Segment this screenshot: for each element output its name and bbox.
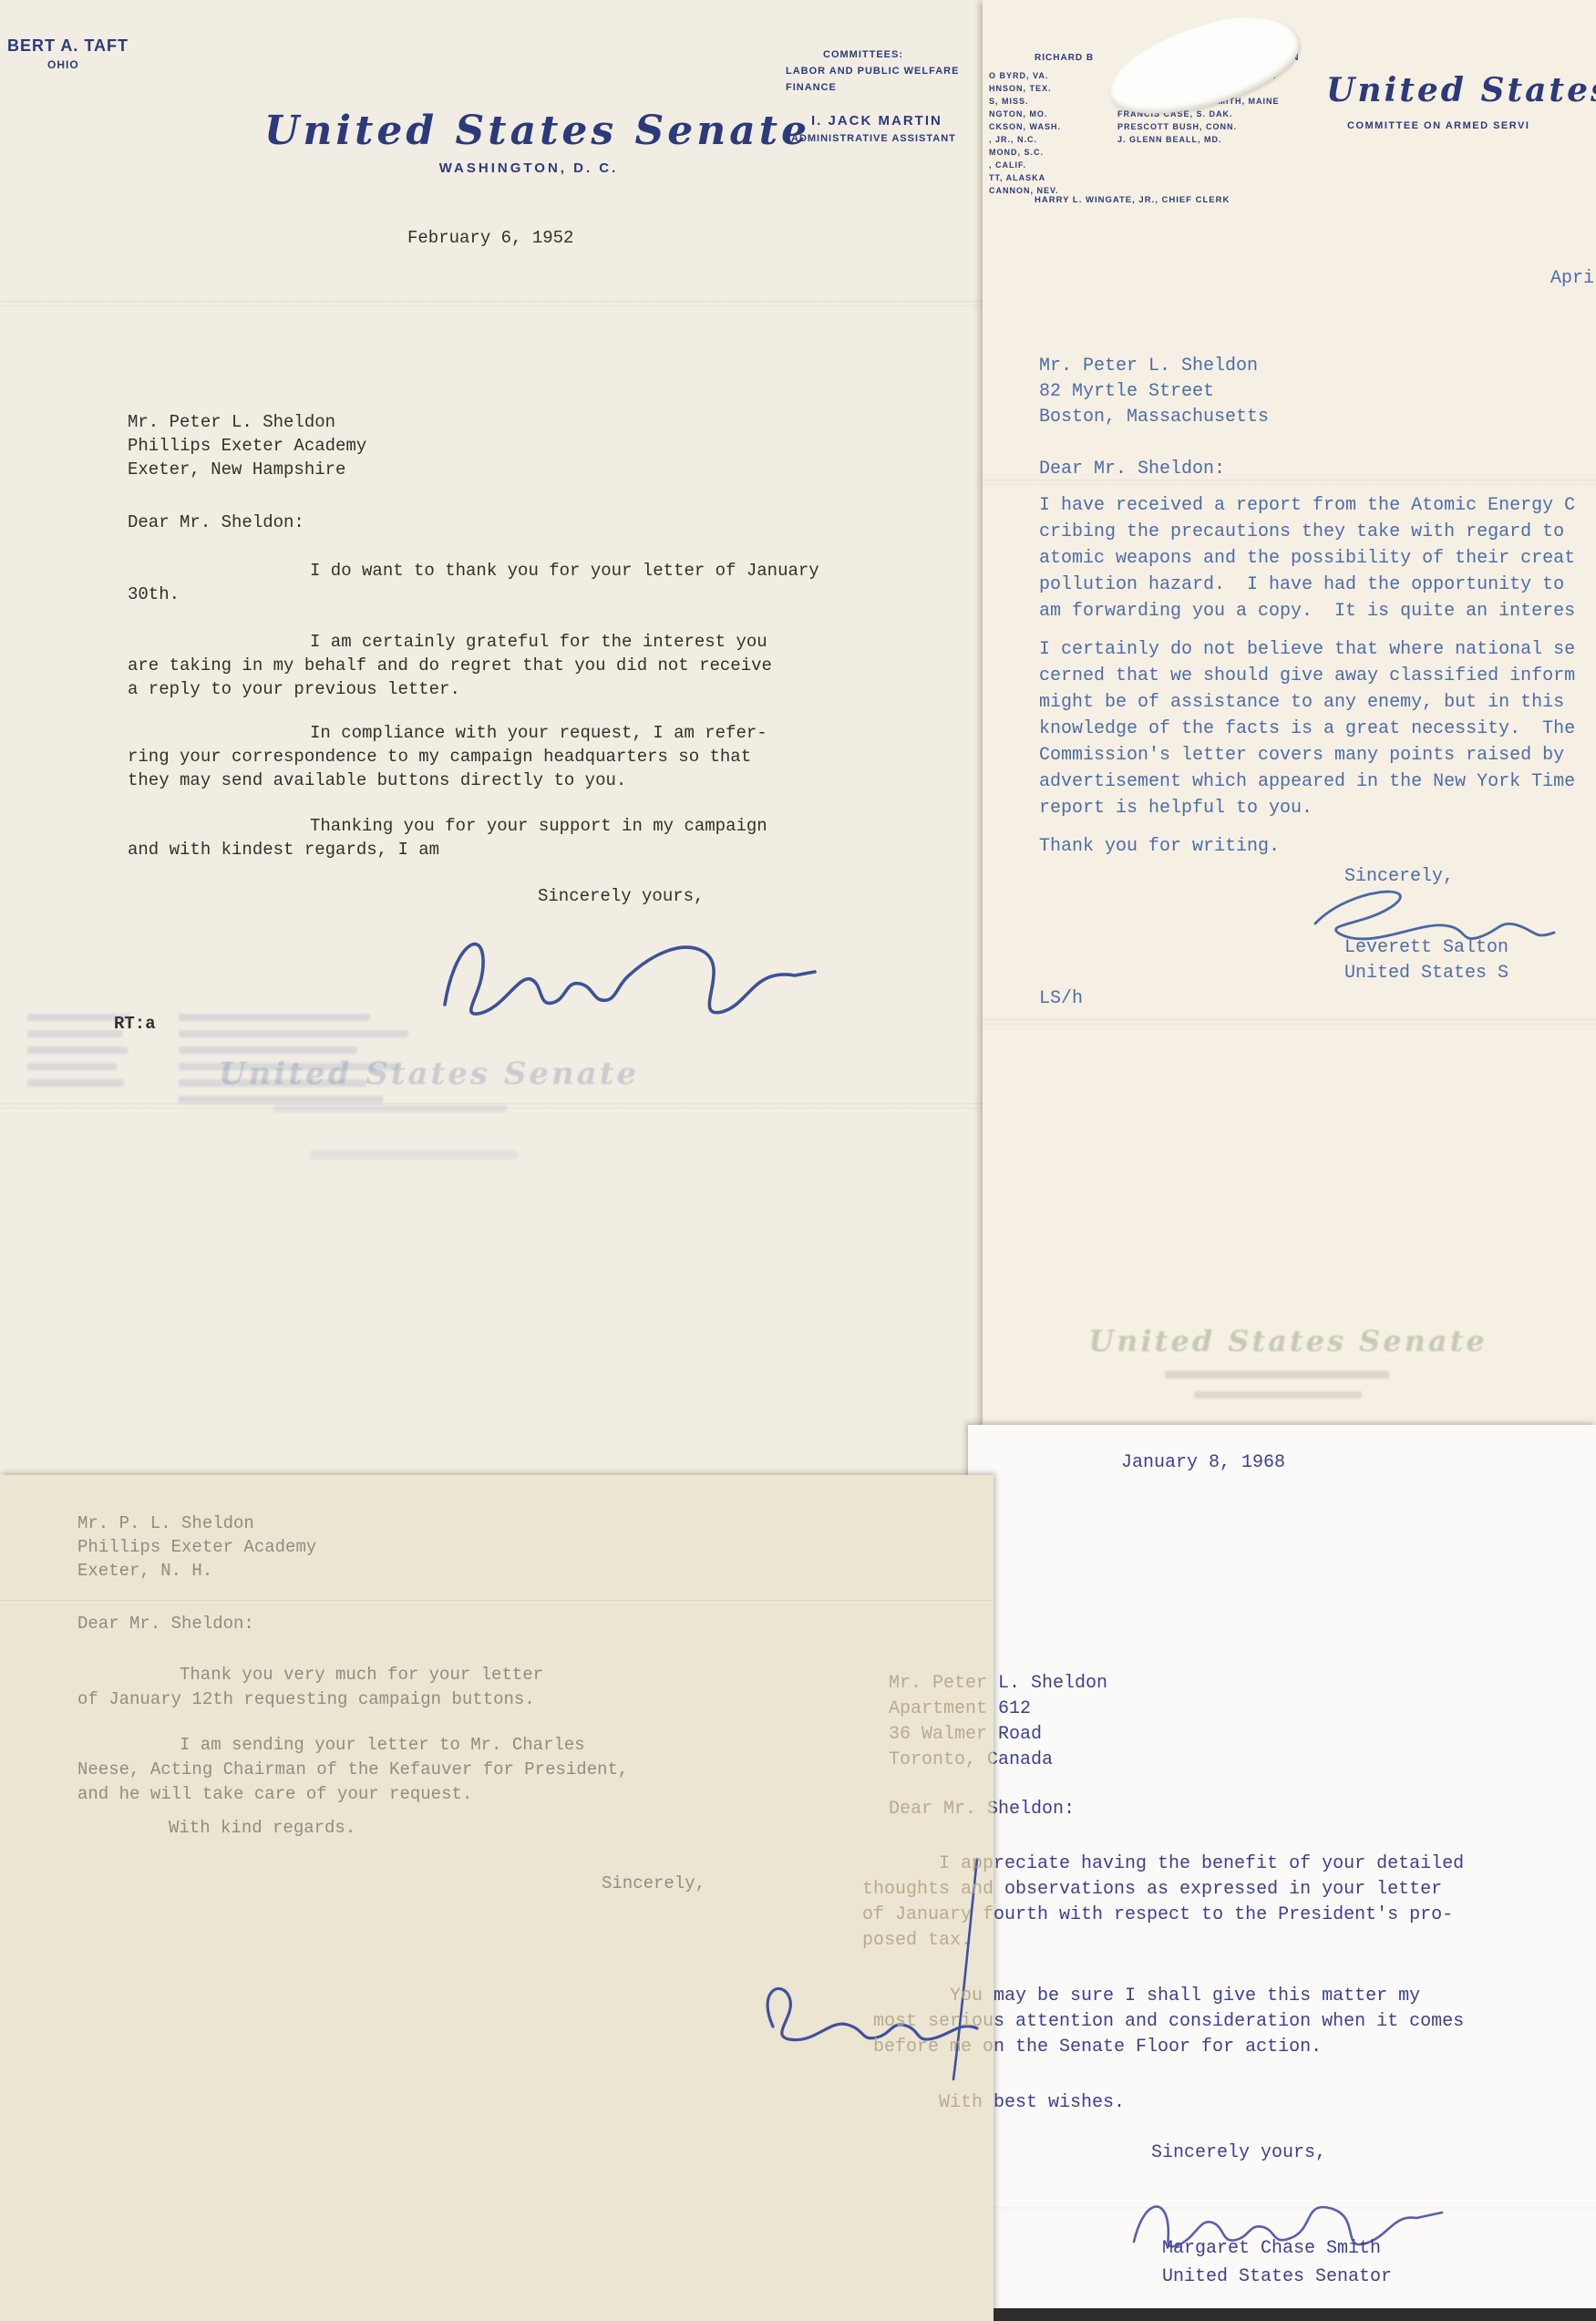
taft-address-line: Phillips Exeter Academy <box>128 436 366 456</box>
salt-body-line: knowledge of the facts is a great necess… <box>1039 718 1575 739</box>
taft-committee-2: FINANCE <box>786 82 837 93</box>
fold-crease <box>983 1019 1596 1025</box>
taft-body-line: Thanking you for your support in my camp… <box>310 816 767 836</box>
taft-body-line: and with kindest regards, I am <box>128 840 439 860</box>
smith-ghost-line: Dear Mr. Sheldon: <box>889 1799 994 1820</box>
salt-member-left: CANNON, NEV. <box>989 186 1059 195</box>
smith-body-line: most serious attention and consideration… <box>968 2011 1464 2032</box>
salt-member-left: S, MISS. <box>989 97 1029 106</box>
salt-address-line: Boston, Massachusetts <box>1039 407 1269 428</box>
salt-body-line: I certainly do not believe that where na… <box>1039 639 1575 660</box>
smith-ghost-line: Mr. Peter L. Sheldon <box>889 1673 994 1694</box>
kefauver-body-line: of January 12th requesting campaign butt… <box>77 1689 535 1709</box>
kefauver-body-line: and he will take care of your request. <box>77 1784 472 1804</box>
taft-body-line: 30th. <box>128 584 180 604</box>
taft-sender-name: BERT A. TAFT <box>7 36 129 56</box>
taft-body-line: ring your correspondence to my campaign … <box>128 747 751 767</box>
salt-body-line: might be of assistance to any enemy, but… <box>1039 692 1564 713</box>
smith-ghost-line: You may be sure I shall give this matter… <box>950 1986 994 2006</box>
salt-member-left: CKSON, WASH. <box>989 122 1061 131</box>
taft-date: February 6, 1952 <box>407 228 573 248</box>
salt-body-line: pollution hazard. I have had the opportu… <box>1039 574 1564 595</box>
fold-crease <box>0 1600 994 1605</box>
salt-salutation: Dear Mr. Sheldon: <box>1039 459 1225 480</box>
taft-letter-page: BERT A. TAFT OHIO COMMITTEES: LABOR AND … <box>0 0 1003 1486</box>
salt-body-line: cerned that we should give away classifi… <box>1039 665 1575 686</box>
salt-member-left: , CALIF. <box>989 160 1026 170</box>
smith-body-line: You may be sure I shall give this matter… <box>968 1986 1420 2006</box>
salt-body-line: am forwarding you a copy. It is quite an… <box>1039 601 1575 622</box>
taft-aide-title: ADMINISTRATIVE ASSISTANT <box>791 133 956 144</box>
fold-crease <box>983 480 1596 485</box>
bleed-through-text <box>179 1047 357 1054</box>
salt-member-left: TT, ALASKA <box>989 173 1045 182</box>
taft-signature <box>428 912 829 1030</box>
smith-ghost-line: 36 Walmer Road <box>889 1724 994 1745</box>
salt-letterhead-title: United States Se <box>1326 71 1596 109</box>
salt-body-line: report is helpful to you. <box>1039 798 1313 819</box>
taft-ghost-letterhead: United States Senate <box>219 1056 639 1092</box>
kefauver-address-line: Exeter, N. H. <box>77 1561 212 1581</box>
taft-body-line: a reply to your previous letter. <box>128 679 460 699</box>
taft-body-line: are taking in my behalf and do regret th… <box>128 655 772 676</box>
bleed-through-text <box>179 1096 383 1103</box>
smith-closing: Sincerely yours, <box>1151 2142 1326 2163</box>
salt-thanks: Thank you for writing. <box>1039 836 1280 857</box>
smith-signed-title: United States Senator <box>1162 2266 1392 2287</box>
smith-ghost-line: posed tax. <box>862 1930 972 1951</box>
taft-address-line: Mr. Peter L. Sheldon <box>128 412 335 432</box>
smith-ghost-line: before me on the Senate Floor for action… <box>873 2037 994 2058</box>
salt-clerk-line: HARRY L. WINGATE, JR., CHIEF CLERK <box>1035 195 1230 205</box>
salt-body-line: I have received a report from the Atomic… <box>1039 495 1575 516</box>
smith-ghost-line: Apartment 612 <box>889 1698 994 1719</box>
taft-aide-name: I. JACK MARTIN <box>811 113 942 129</box>
salt-date: April 1 <box>1550 268 1596 289</box>
bleed-through-text <box>1165 1371 1389 1378</box>
kefauver-body-line: Neese, Acting Chairman of the Kefauver f… <box>77 1759 628 1779</box>
taft-letterhead-city: WASHINGTON, D. C. <box>264 160 793 176</box>
taft-body-line: I do want to thank you for your letter o… <box>310 561 819 581</box>
taft-salutation: Dear Mr. Sheldon: <box>128 512 304 532</box>
bleed-through-text <box>310 1150 518 1160</box>
salt-address-line: 82 Myrtle Street <box>1039 381 1214 402</box>
smith-body-line: before me on the Senate Floor for action… <box>968 2037 1322 2058</box>
kefauver-body-line: Thank you very much for your letter <box>180 1665 543 1685</box>
salt-member-left: O BYRD, VA. <box>989 71 1048 80</box>
salt-member-left: , JR., N.C. <box>989 135 1037 144</box>
salt-ghost-letterhead: United States Senate <box>1069 1324 1507 1358</box>
kefauver-closing: Sincerely, <box>602 1873 705 1893</box>
taft-closing: Sincerely yours, <box>538 886 704 906</box>
taft-committees-heading: COMMITTEES: <box>823 49 903 60</box>
bleed-through-text <box>27 1079 124 1087</box>
bleed-through-text <box>273 1105 507 1112</box>
smith-ghost-line: most serious attention and consideration… <box>873 2011 994 2032</box>
bleed-through-text <box>27 1014 129 1021</box>
bleed-through-text <box>27 1047 128 1054</box>
bleed-through-text <box>179 1030 408 1037</box>
bleed-through-text <box>179 1014 370 1021</box>
taft-body-line: they may send available buttons directly… <box>128 770 626 790</box>
smith-signed-name: Margaret Chase Smith <box>1162 2238 1381 2259</box>
salt-member-left: MOND, S.C. <box>989 148 1044 157</box>
smith-date: January 8, 1968 <box>1121 1452 1285 1473</box>
scanned-letters-sheet: BERT A. TAFT OHIO COMMITTEES: LABOR AND … <box>0 0 1596 2321</box>
kefauver-body-line: I am sending your letter to Mr. Charles <box>180 1735 585 1755</box>
kefauver-letter-page: Mr. P. L. Sheldon Phillips Exeter Academ… <box>0 1475 994 2321</box>
salt-signed-name: Leverett Salton <box>1344 937 1508 958</box>
smith-body-line: I appreciate having the benefit of your … <box>968 1853 1464 1874</box>
taft-body-line: In compliance with your request, I am re… <box>310 723 767 743</box>
taft-body-line: I am certainly grateful for the interest… <box>310 632 767 652</box>
salt-body-line: Commission's letter covers many points r… <box>1039 745 1564 766</box>
salt-body-line: atomic weapons and the possibility of th… <box>1039 548 1575 569</box>
saltonstall-letter-page: RICHARD B L, GA., CHAIRMAN O BYRD, VA. H… <box>983 0 1596 1428</box>
scan-edge-strip <box>968 2308 1596 2321</box>
kefauver-address-line: Mr. P. L. Sheldon <box>77 1513 254 1533</box>
kefauver-regards: With kind regards. <box>169 1818 355 1838</box>
taft-address-line: Exeter, New Hampshire <box>128 459 345 480</box>
smith-ghost-line: I appreciate having the benefit of your … <box>939 1853 994 1874</box>
smith-ghost-line: Toronto, Canada <box>889 1749 994 1770</box>
kefauver-address-line: Phillips Exeter Academy <box>77 1537 316 1557</box>
fold-crease <box>0 301 1003 306</box>
smith-body-line: of January fourth with respect to the Pr… <box>968 1904 1453 1925</box>
bleed-through-text <box>1194 1391 1362 1398</box>
smith-body-line: thoughts and observations as expressed i… <box>968 1879 1442 1900</box>
salt-member-left: HNSON, TEX. <box>989 84 1052 93</box>
smith-ghost-line: With best wishes. <box>939 2092 994 2113</box>
smith-ghost-line: of January fourth with respect to the Pr… <box>862 1904 994 1925</box>
bleed-through-text <box>27 1030 122 1037</box>
salt-typist-initials: LS/h <box>1039 988 1083 1009</box>
bleed-through-text <box>27 1063 117 1070</box>
kefauver-salutation: Dear Mr. Sheldon: <box>77 1614 254 1634</box>
salt-body-line: cribing the precautions they take with r… <box>1039 521 1564 542</box>
salt-body-line: advertisement which appeared in the New … <box>1039 771 1575 792</box>
taft-committee-1: LABOR AND PUBLIC WELFARE <box>786 66 959 77</box>
salt-chairman-left: RICHARD B <box>1035 53 1094 63</box>
salt-member-right: J. GLENN BEALL, MD. <box>1117 135 1222 144</box>
salt-letterhead-committee: COMMITTEE ON ARMED SERVI <box>1347 120 1529 131</box>
smith-letter-page: January 8, 1968 Mr. Peter L. Sheldon Apa… <box>968 1425 1596 2321</box>
taft-sender-state: OHIO <box>47 58 79 71</box>
salt-address-line: Mr. Peter L. Sheldon <box>1039 356 1258 377</box>
salt-member-right: PRESCOTT BUSH, CONN. <box>1117 122 1237 131</box>
taft-letterhead-title: United States Senate <box>264 108 793 154</box>
salt-member-left: NGTON, MO. <box>989 109 1047 119</box>
smith-ghost-line: thoughts and observations as expressed i… <box>862 1879 994 1900</box>
salt-signed-title: United States S <box>1344 963 1508 984</box>
